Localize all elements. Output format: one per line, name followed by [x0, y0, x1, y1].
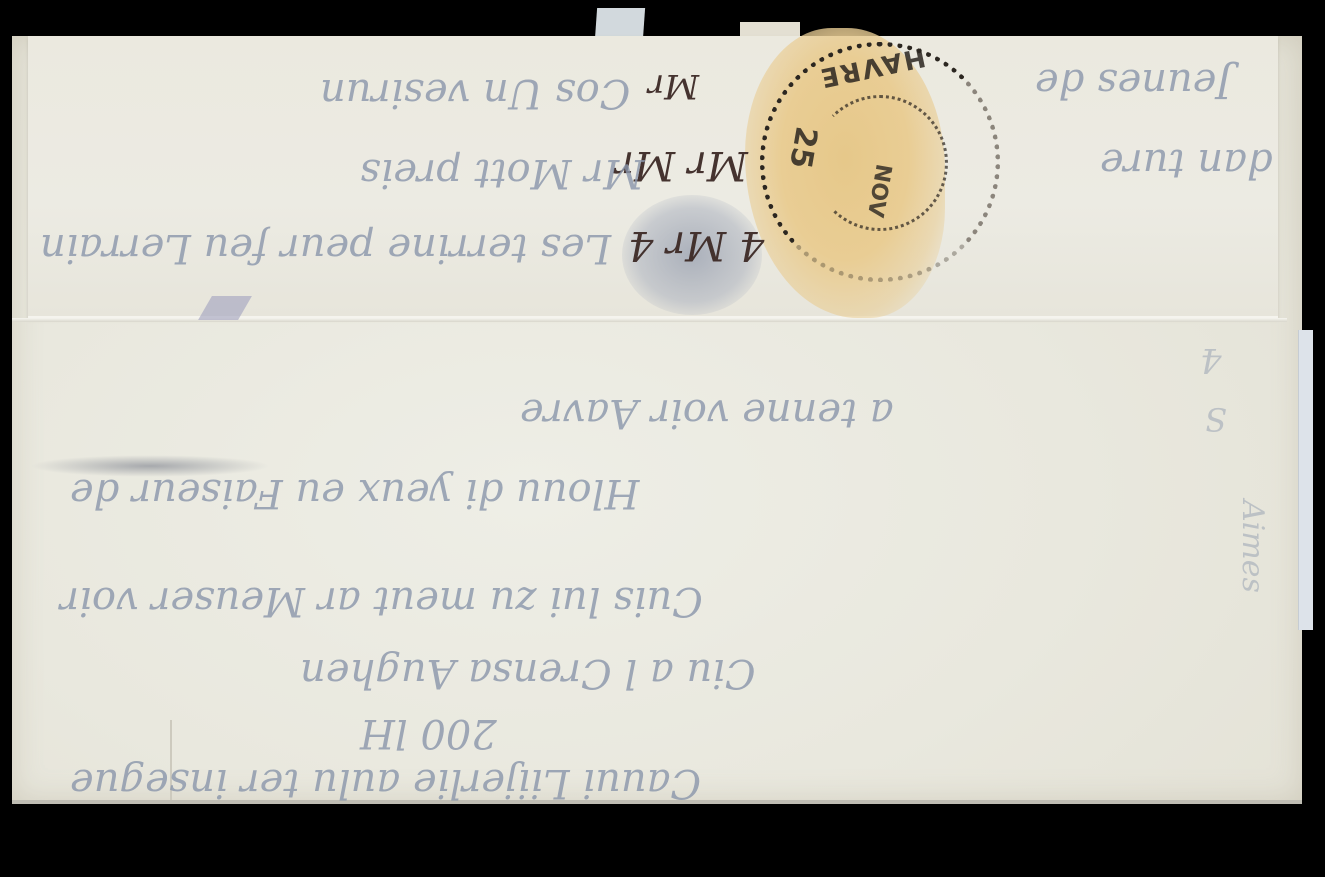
margin-mark: Aimes	[1235, 500, 1270, 593]
margin-mark: S	[1205, 400, 1227, 438]
handwriting-line: Jeunes de	[1035, 60, 1232, 106]
ink-annotation: 4 Mr 4	[628, 222, 764, 268]
handwriting-line: Cos Un vesirun	[320, 70, 630, 116]
handwriting-line: Mr Mott preis	[360, 150, 644, 196]
handwriting-line: Cuis lui zu meut ar Meuser voir	[60, 578, 703, 624]
ink-annotation: Mr	[648, 66, 699, 106]
handwriting-line: 200 lH	[360, 710, 497, 756]
handwriting-line: Hlouu di yeux eu Faiseur de	[70, 470, 639, 516]
handwriting-line: Les terrine peur feu Lerrain	[40, 225, 611, 271]
handwriting-line: a tenne voir Aavre	[520, 390, 894, 436]
margin-mark: 4	[1200, 340, 1222, 380]
photo-frame: HAVRE 25 NOV Mr Mr Mr 4 Mr 4 Cos Un vesi…	[0, 0, 1325, 877]
handwriting-line: Ciu a l Crensa Aughen	[300, 650, 756, 696]
inner-sheet-edge	[1298, 330, 1313, 630]
handwriting-line: dan ture	[1100, 140, 1273, 186]
postmark-date: 25	[782, 124, 824, 171]
handwriting-line: Cauui Liijerlie aulu ter insegue	[70, 760, 701, 806]
